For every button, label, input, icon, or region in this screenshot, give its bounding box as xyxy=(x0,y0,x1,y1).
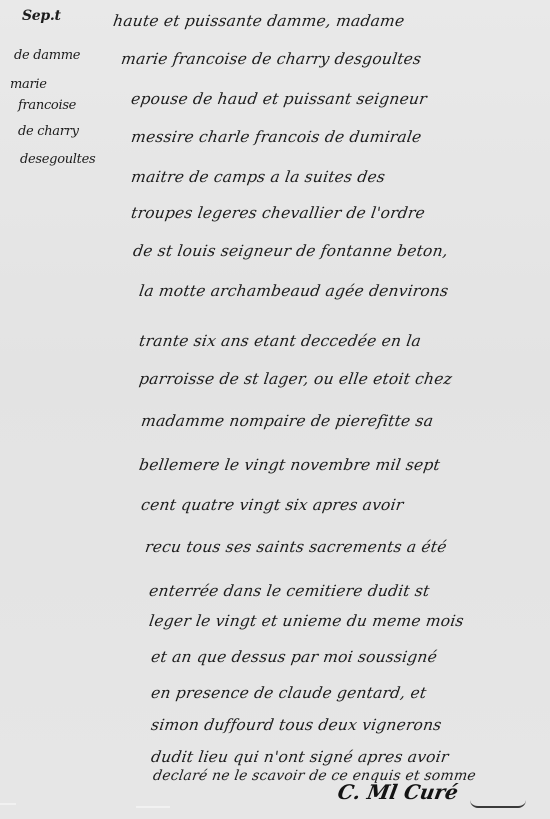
text-line: cent quatre vingt six apres avoir xyxy=(140,496,405,514)
text-line: epouse de haud et puissant seigneur xyxy=(130,90,428,108)
scan-blemish xyxy=(0,803,16,805)
text-line: troupes legeres chevallier de l'ordre xyxy=(130,204,426,222)
text-line: marie francoise de charry desgoultes xyxy=(120,50,423,68)
text-line: la motte archambeaud agée denvirons xyxy=(138,282,450,300)
text-line: de st louis seigneur de fontanne beton, xyxy=(132,242,449,260)
text-line: recu tous ses saints sacrements a été xyxy=(144,538,448,556)
scan-blemish xyxy=(136,806,170,808)
text-line: enterrée dans le cemitiere dudit st xyxy=(148,582,431,600)
text-line: leger le vingt et unieme du meme mois xyxy=(148,612,465,630)
text-line: messire charle francois de dumirale xyxy=(130,128,423,146)
text-line: bellemere le vingt novembre mil sept xyxy=(138,456,441,474)
record-body: haute et puissante damme, madame marie f… xyxy=(0,0,550,819)
text-line: et an que dessus par moi soussigné xyxy=(150,648,438,666)
text-line: en presence de claude gentard, et xyxy=(150,684,428,702)
text-line: parroisse de st lager, ou elle etoit che… xyxy=(138,370,453,388)
text-line: trante six ans etant deccedée en la xyxy=(138,332,422,350)
text-line: maitre de camps a la suites des xyxy=(130,168,386,186)
signature-flourish xyxy=(470,800,526,808)
priest-signature: C. Ml Curé xyxy=(336,780,460,804)
text-line: dudit lieu qui n'ont signé apres avoir xyxy=(150,748,450,766)
document-page: Sep.t de damme marie francoise de charry… xyxy=(0,0,550,819)
text-line: haute et puissante damme, madame xyxy=(112,12,406,30)
text-line: simon duffourd tous deux vignerons xyxy=(150,716,443,734)
text-line: madamme nompaire de pierefitte sa xyxy=(140,412,434,430)
